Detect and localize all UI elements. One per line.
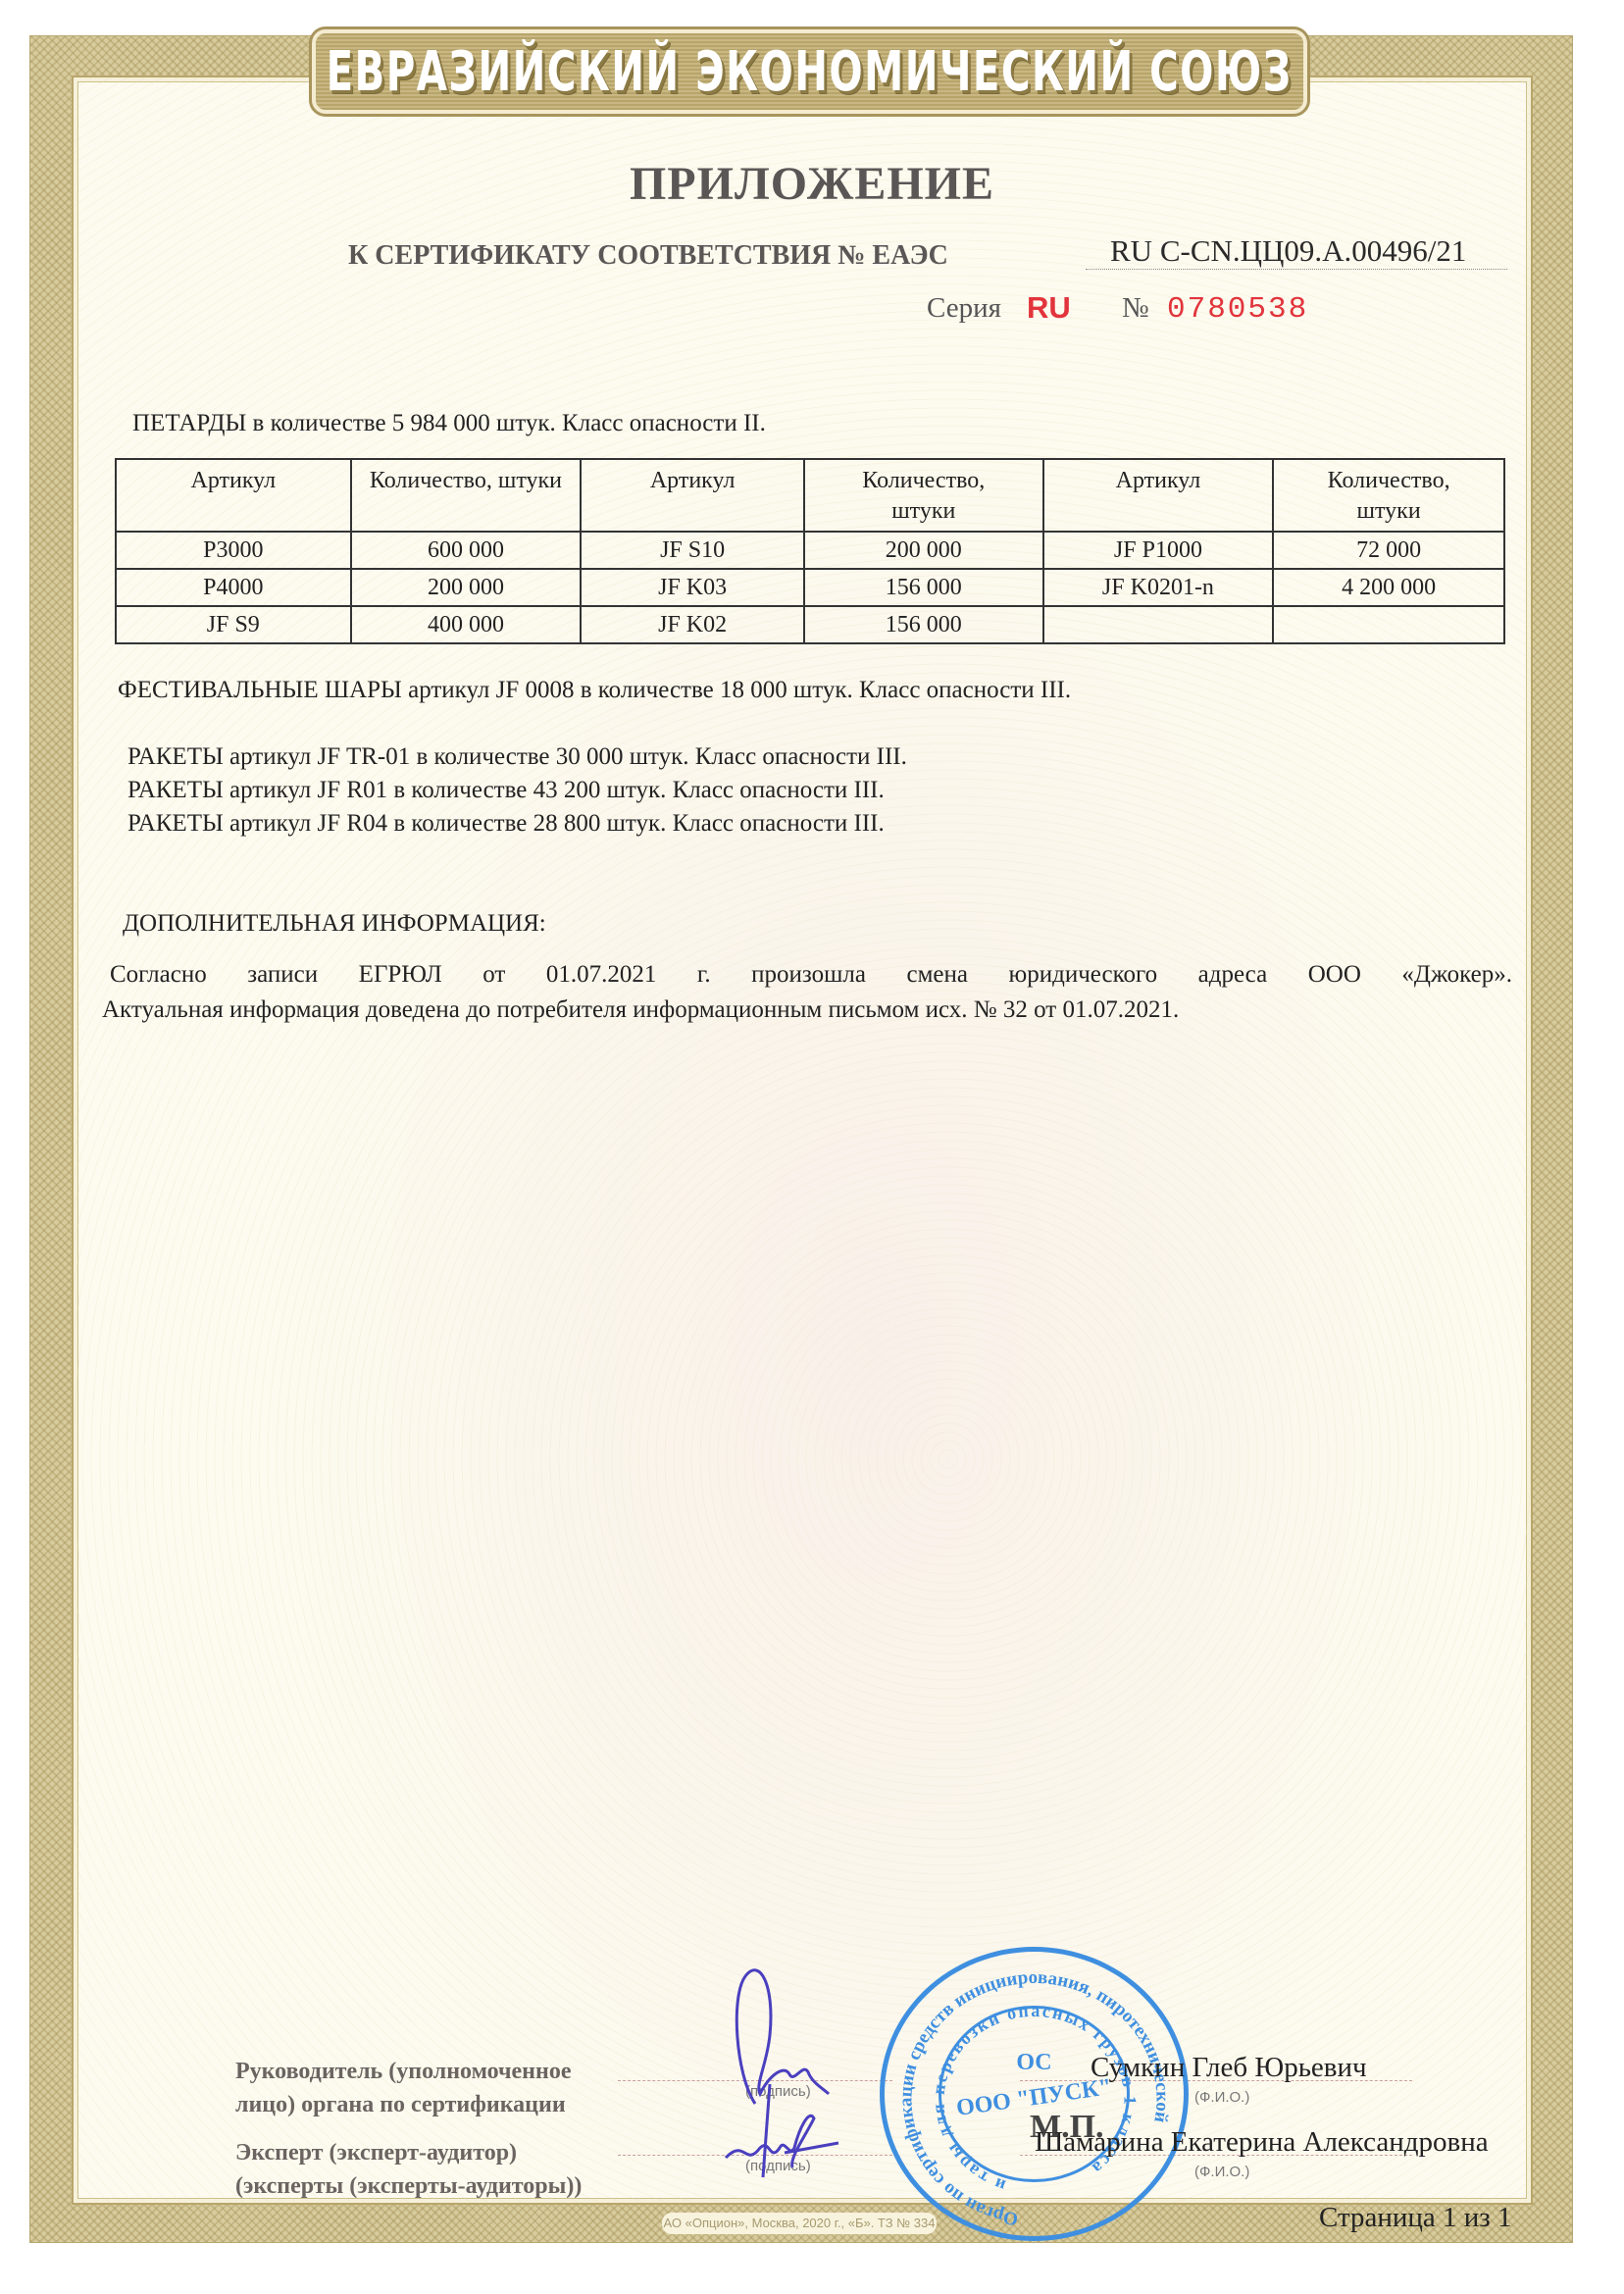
additional-info-heading: ДОПОЛНИТЕЛЬНАЯ ИНФОРМАЦИЯ:	[123, 910, 546, 938]
head-label-line: лицо) органа по сертификации	[235, 2088, 572, 2121]
expert-label-line: Эксперт (эксперт-аудитор)	[235, 2136, 582, 2169]
expert-name: Шамарина Екатерина Александровна	[1035, 2126, 1489, 2159]
table-cell: JF S10	[581, 532, 804, 569]
column-header: Артикул	[116, 459, 351, 532]
column-header: Количество, штуки	[804, 459, 1043, 532]
expert-label: Эксперт (эксперт-аудитор) (эксперты (экс…	[235, 2136, 582, 2203]
column-header: Количество, штуки	[1273, 459, 1504, 532]
table-cell: 72 000	[1273, 532, 1504, 569]
petards-table: Артикул Количество, штуки Артикул Количе…	[115, 458, 1505, 644]
additional-info-line: Согласно записи ЕГРЮЛ от 01.07.2021 г. п…	[110, 961, 1512, 989]
header-banner: ЕВРАЗИЙСКИЙ ЭКОНОМИЧЕСКИЙ СОЮЗ	[312, 29, 1307, 114]
series-value: RU	[1027, 290, 1071, 326]
table-cell: 4 200 000	[1273, 569, 1504, 606]
petards-heading: ПЕТАРДЫ в количестве 5 984 000 штук. Кла…	[132, 410, 766, 437]
table-cell: JF K03	[581, 569, 804, 606]
head-label-line: Руководитель (уполномоченное	[235, 2055, 572, 2088]
table-row: P3000 600 000 JF S10 200 000 JF P1000 72…	[116, 532, 1504, 569]
series-label: Серия	[927, 292, 1001, 325]
table-row: P4000 200 000 JF K03 156 000 JF K0201-n …	[116, 569, 1504, 606]
table-cell: JF P1000	[1043, 532, 1274, 569]
table-cell	[1273, 606, 1504, 643]
table-cell: 600 000	[351, 532, 582, 569]
certificate-label: К СЕРТИФИКАТУ СООТВЕТСТВИЯ № ЕАЭС	[348, 240, 948, 272]
festival-balls-line: ФЕСТИВАЛЬНЫЕ ШАРЫ артикул JF 0008 в коли…	[118, 677, 1071, 704]
document-body	[72, 76, 1533, 2205]
table-cell: 200 000	[351, 569, 582, 606]
table-cell: JF K02	[581, 606, 804, 643]
background-pattern	[74, 77, 1531, 2203]
form-number-value: 0780538	[1167, 292, 1308, 327]
rockets-line: РАКЕТЫ артикул JF TR-01 в количестве 30 …	[127, 743, 907, 771]
table-cell: 400 000	[351, 606, 582, 643]
seal-stamp: Орган по сертификации средств инициирова…	[880, 1947, 1189, 2241]
head-label: Руководитель (уполномоченное лицо) орган…	[235, 2055, 572, 2121]
table-cell: 200 000	[804, 532, 1043, 569]
column-header: Артикул	[581, 459, 804, 532]
banner-title: ЕВРАЗИЙСКИЙ ЭКОНОМИЧЕСКИЙ СОЮЗ	[327, 40, 1293, 104]
rockets-line: РАКЕТЫ артикул JF R04 в количестве 28 80…	[127, 810, 885, 838]
table-cell: JF S9	[116, 606, 351, 643]
column-header: Артикул	[1043, 459, 1274, 532]
table-cell: 156 000	[804, 569, 1043, 606]
fio-caption: (Ф.И.О.)	[1194, 2164, 1249, 2180]
additional-info-line: Актуальная информация доведена до потреб…	[102, 996, 1179, 1024]
column-header: Количество, штуки	[351, 459, 582, 532]
table-row: JF S9 400 000 JF K02 156 000	[116, 606, 1504, 643]
form-number-label: №	[1122, 292, 1149, 325]
table-cell: 156 000	[804, 606, 1043, 643]
table-cell: JF K0201-n	[1043, 569, 1274, 606]
table-cell: P3000	[116, 532, 351, 569]
rockets-line: РАКЕТЫ артикул JF R01 в количестве 43 20…	[127, 777, 885, 804]
page-title: ПРИЛОЖЕНИЕ	[0, 157, 1624, 211]
printer-mark: АО «Опцион», Москва, 2020 г., «Б». ТЗ № …	[662, 2213, 937, 2234]
table-header-row: Артикул Количество, штуки Артикул Количе…	[116, 459, 1504, 532]
fio-caption: (Ф.И.О.)	[1194, 2089, 1249, 2106]
certificate-number: RU C-CN.ЦЦ09.А.00496/21	[1086, 233, 1507, 270]
expert-label-line: (эксперты (эксперты-аудиторы))	[235, 2169, 582, 2203]
table-cell	[1043, 606, 1274, 643]
page-number: Страница 1 из 1	[1319, 2202, 1512, 2234]
expert-signature	[716, 2099, 843, 2177]
head-name: Сумкин Глеб Юрьевич	[1091, 2052, 1367, 2084]
table-cell: P4000	[116, 569, 351, 606]
